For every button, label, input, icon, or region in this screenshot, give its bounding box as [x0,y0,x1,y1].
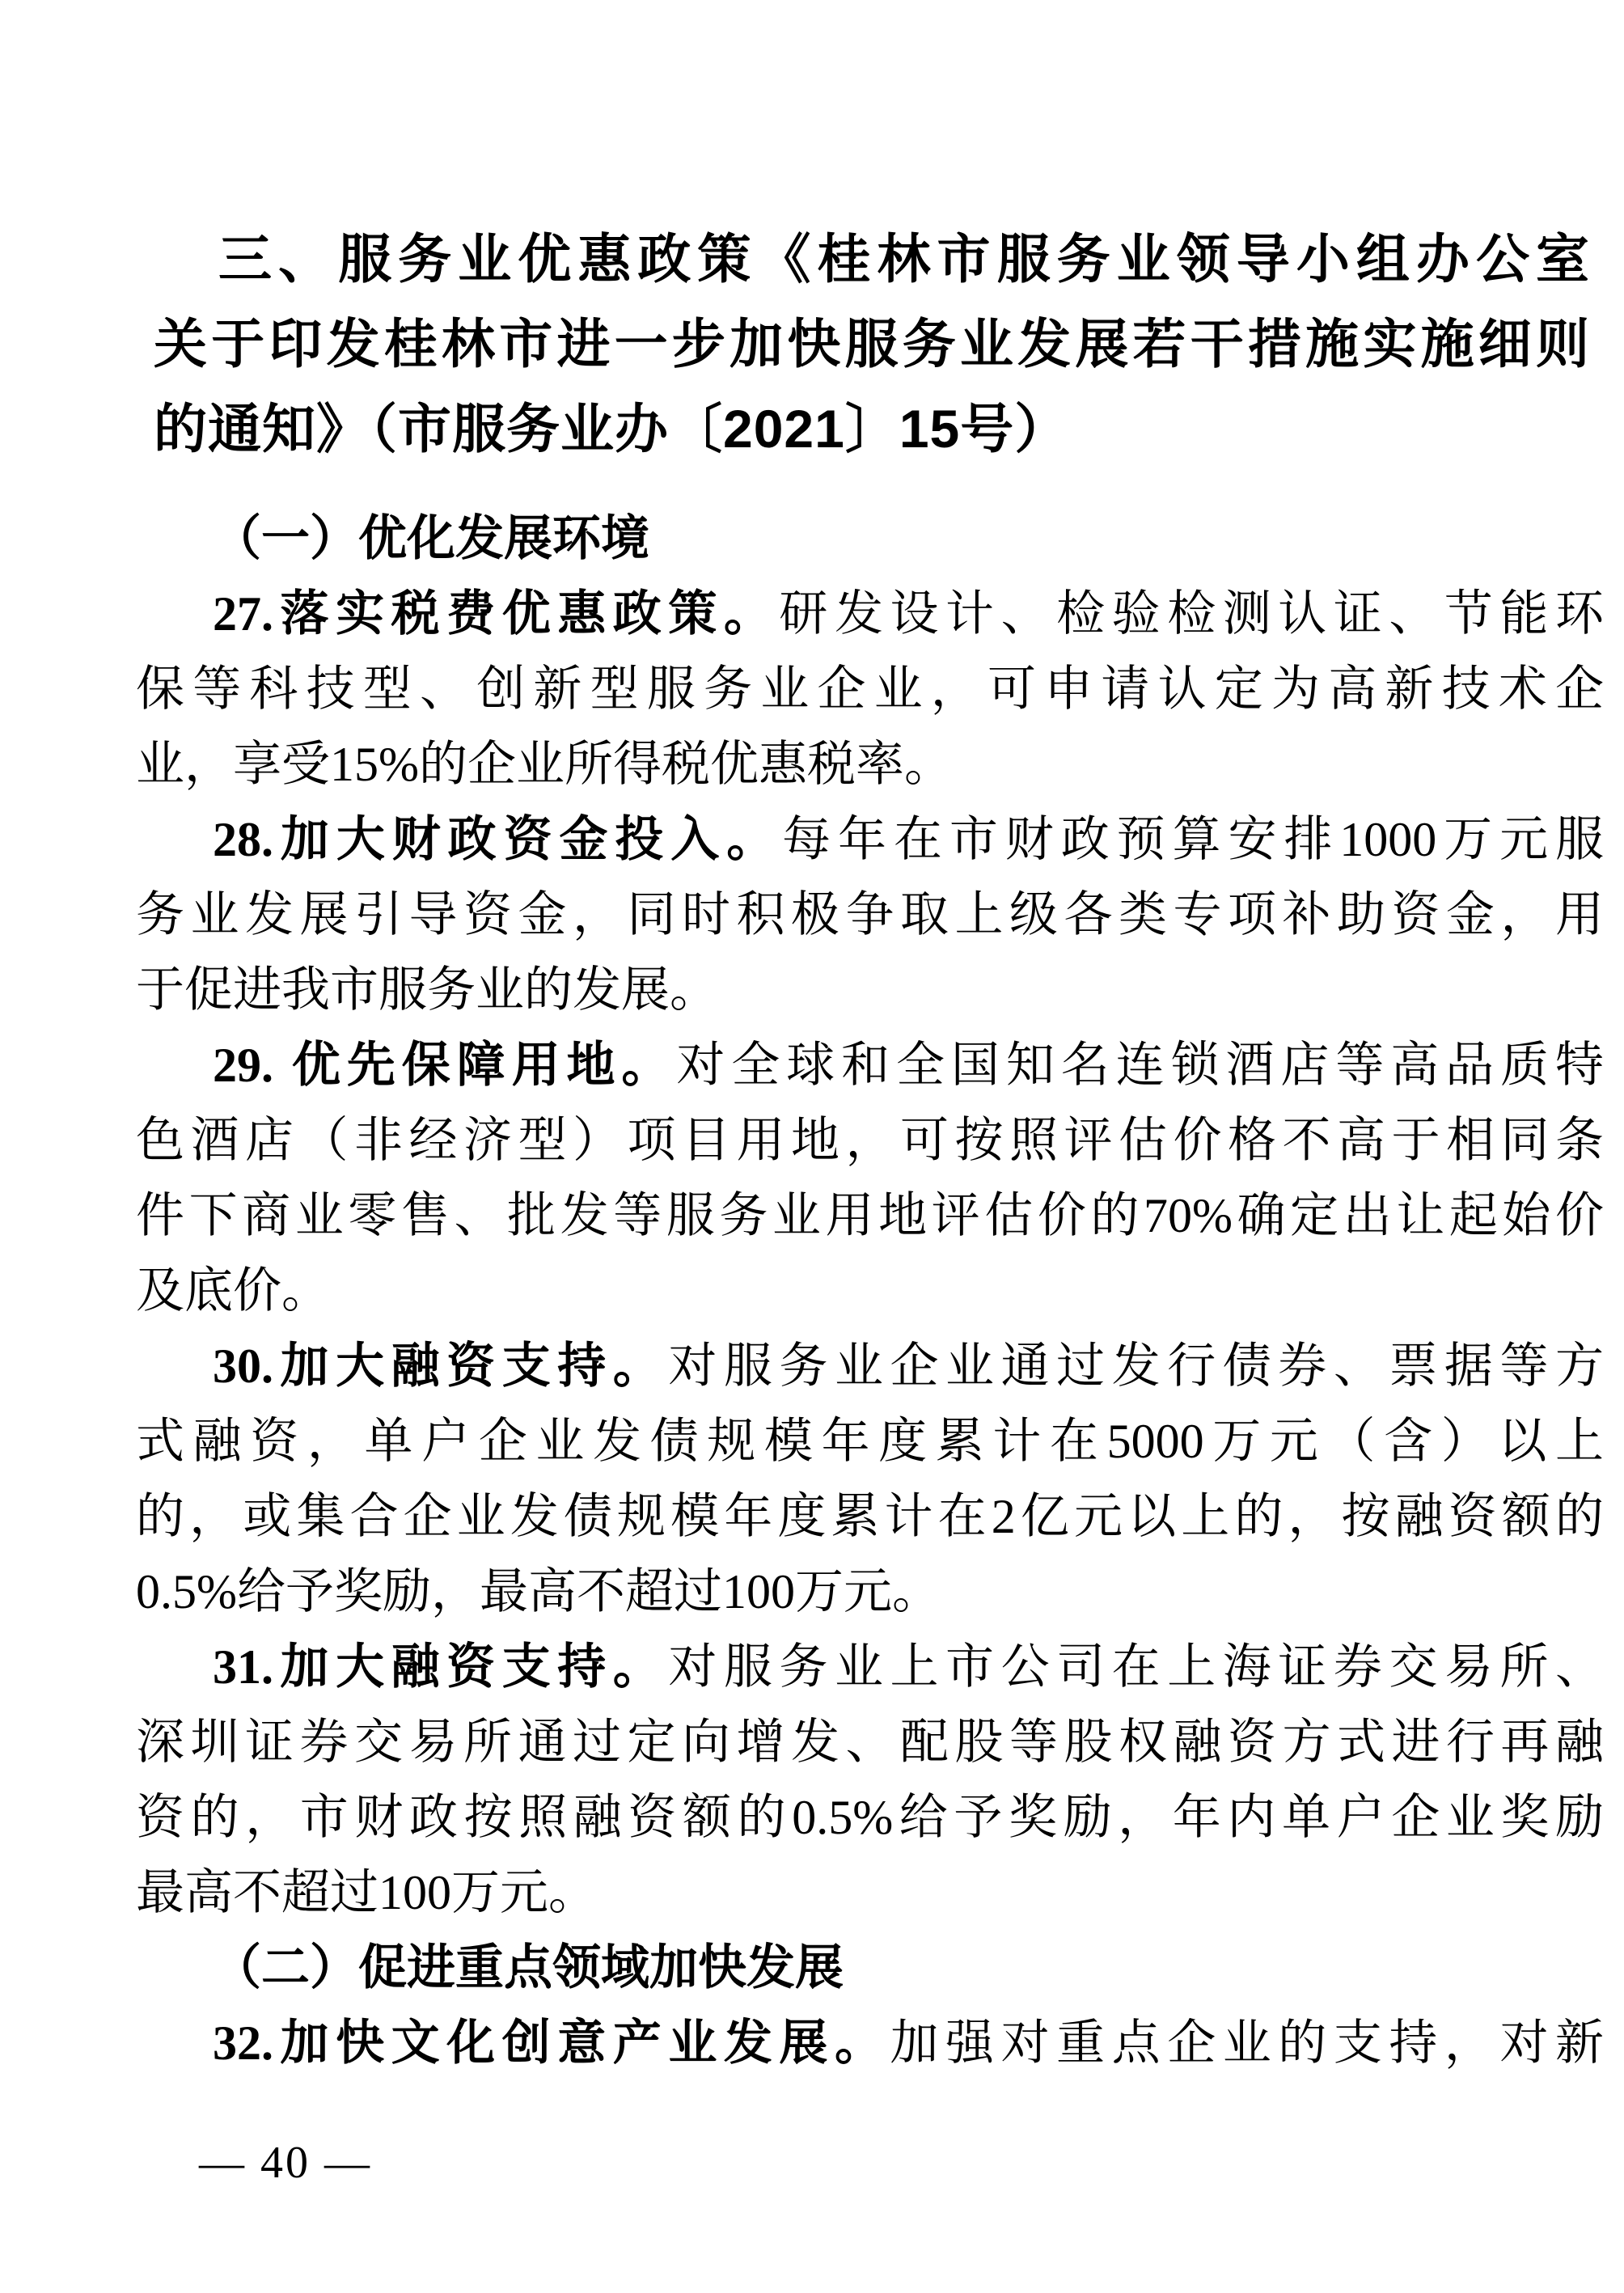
text-line: 务业发展引导资金，同时积极争取上级各类专项补助资金，用 [136,878,1604,953]
document-body: （一）优化发展环境27.落实税费优惠政策。研发设计、检验检测认证、节能环保等科技… [136,501,1604,2081]
text-line: 最高不超过100万元。 [136,1855,1604,1931]
text-line: 资的，市财政按照融资额的0.5%给予奖励，年内单户企业奖励 [136,1780,1604,1855]
text-line: （二）促进重点领域加快发展 [136,1931,1604,2006]
text-line: 及底价。 [136,1254,1604,1329]
text-line: 式融资，单户企业发债规模年度累计在5000万元（含）以上 [136,1404,1604,1479]
paragraph-lead-phrase: 29. 优先保障用地。 [213,1039,676,1092]
paragraph-lead-phrase: 30.加大融资支持。 [213,1339,668,1393]
text-line: 深圳证券交易所通过定向增发、配股等股权融资方式进行再融 [136,1705,1604,1780]
paragraph-lead-phrase: 31.加大融资支持。 [213,1640,668,1694]
text-line: 27.落实税费优惠政策。研发设计、检验检测认证、节能环 [136,577,1604,652]
text-line: 色酒店（非经济型）项目用地，可按照评估价格不高于相同条 [136,1103,1604,1178]
section-heading: （一）优化发展环境 [136,501,1604,577]
text-line: 于促进我市服务业的发展。 [136,953,1604,1028]
paragraph-lead-phrase: 27.落实税费优惠政策。 [213,587,779,641]
title-line: 关于印发桂林市进一步加快服务业发展若干措施实施细则 [154,302,1590,387]
text-line: 31.加大融资支持。对服务业上市公司在上海证券交易所、 [136,1630,1604,1705]
body-paragraph: 32.加快文化创意产业发展。加强对重点企业的支持，对新 [136,2006,1604,2081]
text-line: 业，享受15%的企业所得税优惠税率。 [136,727,1604,802]
title-line: 三、服务业优惠政策《桂林市服务业领导小组办公室 [154,217,1590,302]
text-line: 30.加大融资支持。对服务业企业通过发行债券、票据等方 [136,1329,1604,1404]
text-line: （一）优化发展环境 [136,501,1604,577]
text-line: 29. 优先保障用地。对全球和全国知名连锁酒店等高品质特 [136,1028,1604,1103]
text-line: 32.加快文化创意产业发展。加强对重点企业的支持，对新 [136,2006,1604,2081]
paragraph-lead-phrase: 32.加快文化创意产业发展。 [213,2016,890,2070]
text-line: 保等科技型、创新型服务业企业，可申请认定为高新技术企 [136,652,1604,727]
text-line: 0.5%给予奖励，最高不超过100万元。 [136,1555,1604,1630]
text-line: 28.加大财政资金投入。每年在市财政预算安排1000万元服 [136,802,1604,878]
document-title: 三、服务业优惠政策《桂林市服务业领导小组办公室 关于印发桂林市进一步加快服务业发… [154,217,1590,472]
text-line: 件下商业零售、批发等服务业用地评估价的70%确定出让起始价 [136,1178,1604,1254]
body-paragraph: 28.加大财政资金投入。每年在市财政预算安排1000万元服务业发展引导资金，同时… [136,802,1604,1028]
body-paragraph: 30.加大融资支持。对服务业企业通过发行债券、票据等方式融资，单户企业发债规模年… [136,1329,1604,1630]
paragraph-lead-phrase: 28.加大财政资金投入。 [213,813,782,866]
body-paragraph: 27.落实税费优惠政策。研发设计、检验检测认证、节能环保等科技型、创新型服务业企… [136,577,1604,802]
title-line: 的通知》（市服务业办〔2021〕15号） [154,387,1590,472]
body-paragraph: 29. 优先保障用地。对全球和全国知名连锁酒店等高品质特色酒店（非经济型）项目用… [136,1028,1604,1329]
section-heading: （二）促进重点领域加快发展 [136,1931,1604,2006]
text-line: 的，或集合企业发债规模年度累计在2亿元以上的，按融资额的 [136,1479,1604,1555]
body-paragraph: 31.加大融资支持。对服务业上市公司在上海证券交易所、深圳证券交易所通过定向增发… [136,1630,1604,1931]
document-page: 三、服务业优惠政策《桂林市服务业领导小组办公室 关于印发桂林市进一步加快服务业发… [0,0,1624,2293]
page-number: — 40 — [199,2137,372,2189]
